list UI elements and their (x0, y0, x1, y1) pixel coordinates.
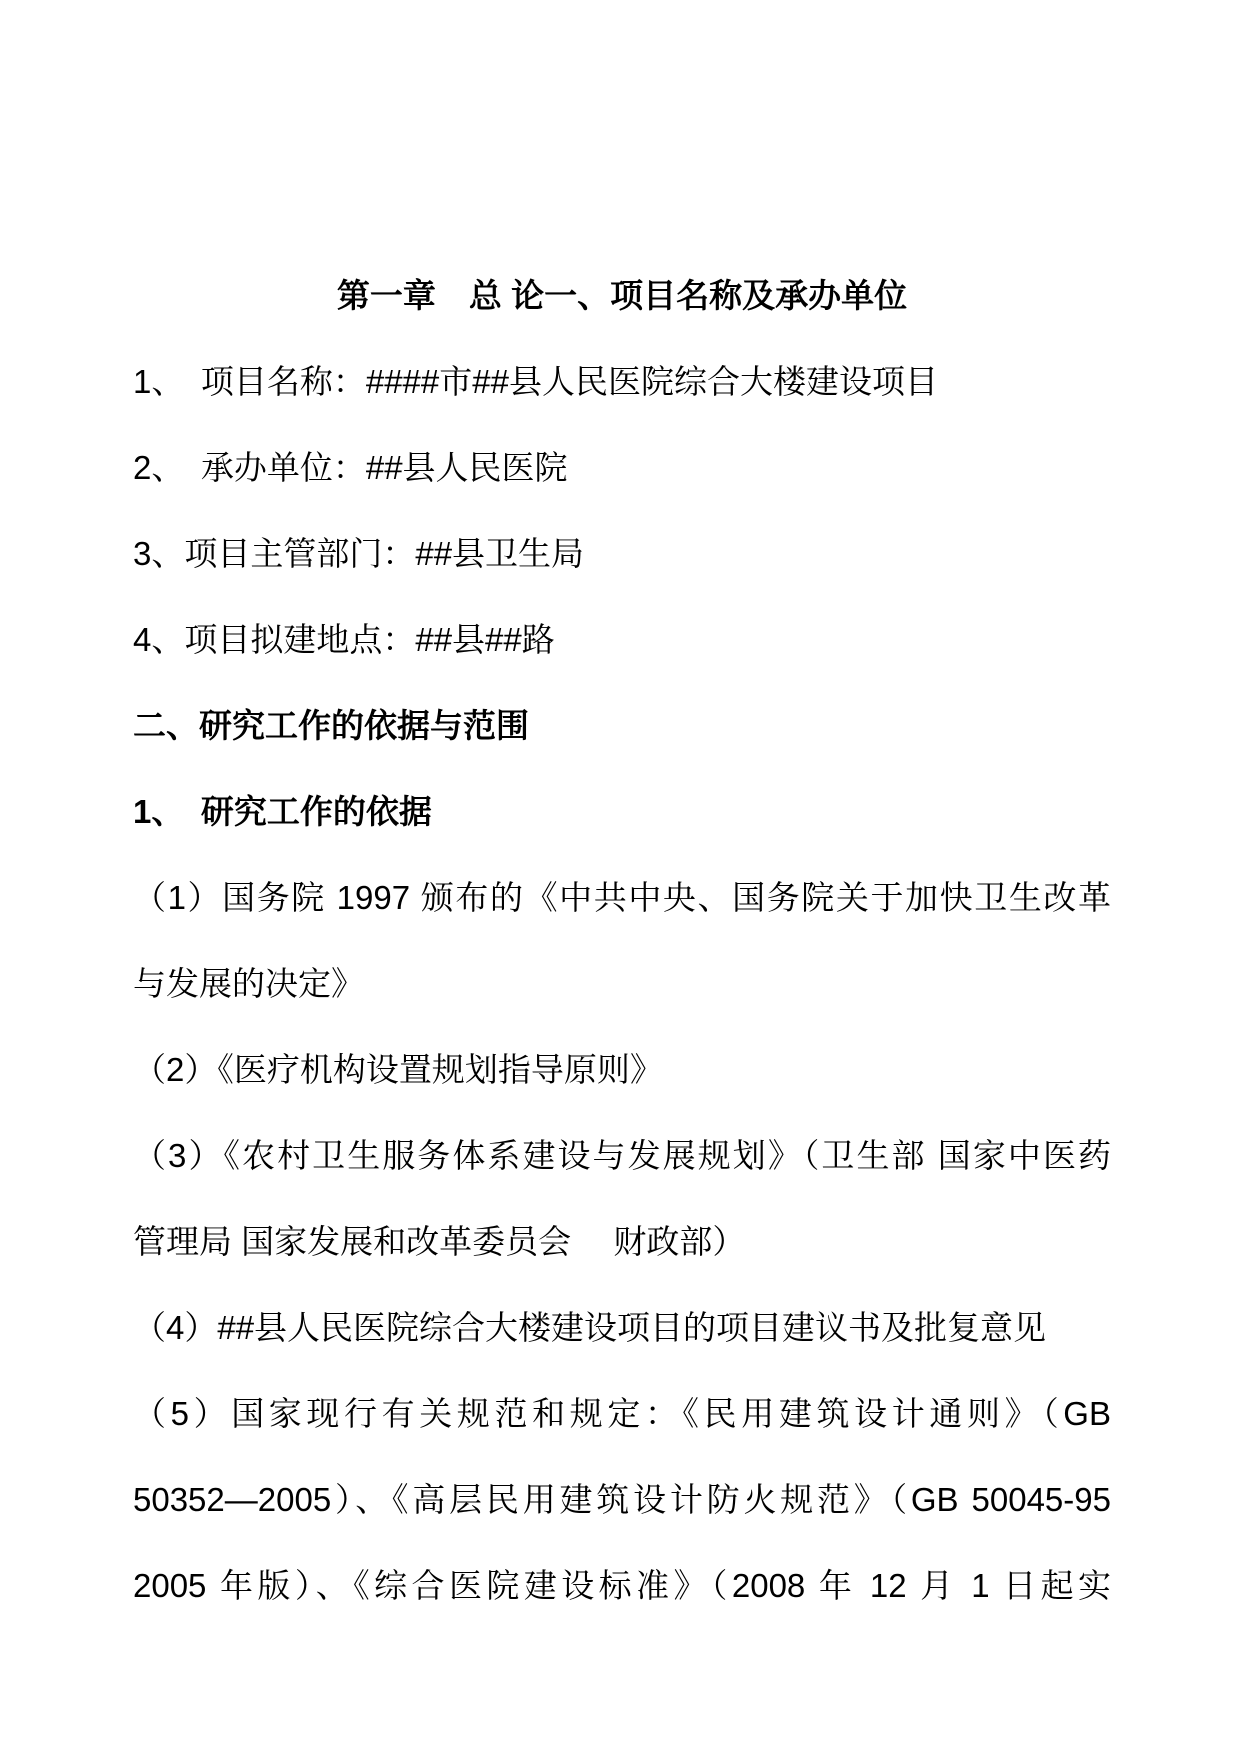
basis-item-5-line-1: （5）国家现行有关规范和规定：《民用建筑设计通则》（GB (133, 1371, 1111, 1457)
subsection-1-heading-research-basis: 1、 研究工作的依据 (133, 769, 1111, 855)
basis-item-1-line-2: 与发展的决定》 (133, 941, 1111, 1027)
page-content: 第一章 总 论一、项目名称及承办单位 1、 项目名称：####市##县人民医院综… (133, 253, 1111, 1629)
item-4-proposed-location: 4、项目拟建地点：##县##路 (133, 597, 1111, 683)
section-2-heading-basis-and-scope: 二、研究工作的依据与范围 (133, 683, 1111, 769)
item-1-project-name: 1、 项目名称：####市##县人民医院综合大楼建设项目 (133, 339, 1111, 425)
item-3-supervising-department: 3、项目主管部门：##县卫生局 (133, 511, 1111, 597)
basis-item-3-line-2: 管理局 国家发展和改革委员会 财政部） (133, 1199, 1111, 1285)
basis-item-3-line-1: （3）《农村卫生服务体系建设与发展规划》（卫生部 国家中医药 (133, 1113, 1111, 1199)
basis-item-4: （4）##县人民医院综合大楼建设项目的项目建议书及批复意见 (133, 1285, 1111, 1371)
basis-item-5-line-3: 2005 年版）、《综合医院建设标准》（2008 年 12 月 1 日起实 (133, 1543, 1111, 1629)
chapter-title: 第一章 总 论一、项目名称及承办单位 (133, 253, 1111, 339)
basis-item-2: （2）《医疗机构设置规划指导原则》 (133, 1027, 1111, 1113)
document-page: 第一章 总 论一、项目名称及承办单位 1、 项目名称：####市##县人民医院综… (0, 0, 1241, 1754)
basis-item-1-line-1: （1）国务院 1997 颁布的《中共中央、国务院关于加快卫生改革 (133, 855, 1111, 941)
basis-item-5-line-2: 50352—2005）、《高层民用建筑设计防火规范》（GB 50045-95 (133, 1457, 1111, 1543)
item-2-undertaking-unit: 2、 承办单位：##县人民医院 (133, 425, 1111, 511)
